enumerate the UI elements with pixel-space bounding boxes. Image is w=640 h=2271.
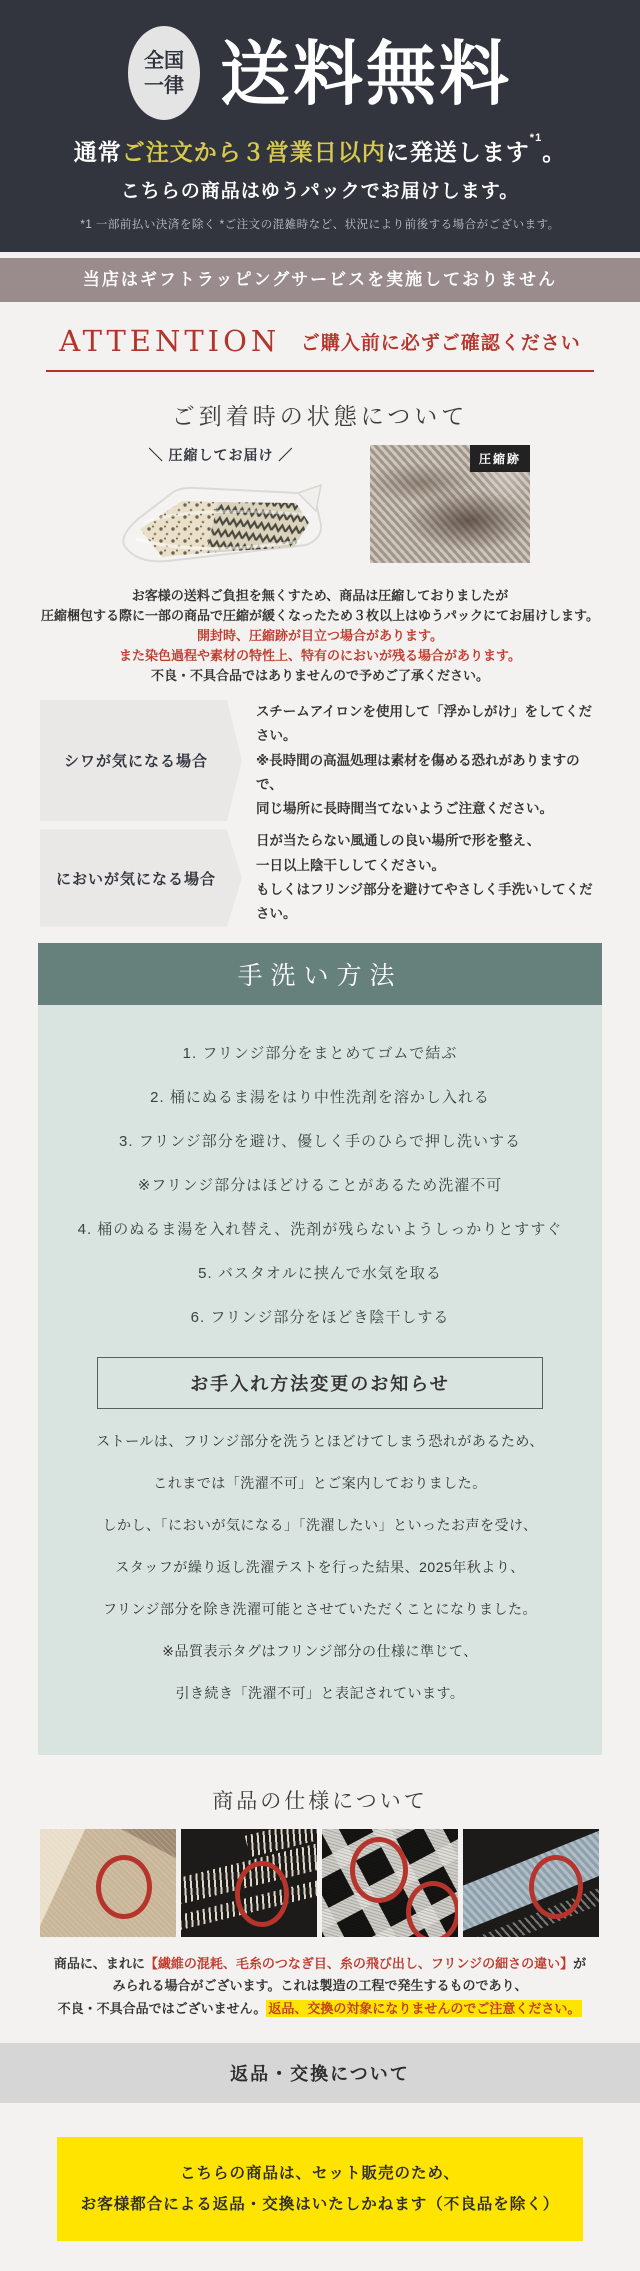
- compression-mark-badge: 圧縮跡: [470, 445, 530, 472]
- spec-caption: 商品に、まれに【繊維の混耗、毛糸のつなぎ目、糸の飛び出し、フリンジの細さの違い】…: [6, 1953, 634, 2021]
- arrival-note-line: 圧縮梱包する際に一部の商品で圧縮が緩くなったため３枚以上はゆうパックにてお届けし…: [0, 606, 640, 626]
- notice-line: これまでは「洗濯不可」とご案内しておりました。: [38, 1473, 602, 1493]
- returns-section-bar: 返品・交換について: [0, 2043, 640, 2103]
- tip-wrinkles: シワが気になる場合 スチームアイロンを使用して「浮かしがけ」をしてください。※長…: [40, 700, 600, 821]
- defect-circle-marker: [350, 1837, 408, 1903]
- spec-caption-line-2: みられる場合がございます。これは製造の工程で発生するものであり、: [6, 1975, 634, 1998]
- care-change-notice-text: ストールは、フリンジ部分を洗うとほどけてしまう恐れがあるため、これまでは「洗濯不…: [38, 1431, 602, 1703]
- tip-odor: においが気になる場合 日が当たらない風通しの良い場所で形を整え、一日以上陰干しし…: [40, 829, 600, 926]
- tip-odor-label: においが気になる場合: [40, 829, 242, 926]
- attention-jp-label: ご購入前に必ずご確認ください: [301, 333, 581, 354]
- badge-line-1: 全国: [144, 48, 184, 73]
- handwash-step: ※フリンジ部分はほどけることがあるため洗濯不可: [38, 1174, 602, 1195]
- free-shipping-hero: 全国 一律 送料無料 通常ご注文から３営業日以内に発送します*1。 こちらの商品…: [0, 0, 640, 252]
- returns-policy-line: こちらの商品は、セット販売のため、: [57, 2158, 583, 2189]
- fabric-swatch-beige: [40, 1829, 176, 1937]
- tip-line: もしくはフリンジ部分を避けてやさしく手洗いしてください。: [256, 878, 600, 927]
- attention-en-label: ATTENTION: [59, 324, 280, 358]
- handwash-body: 1. フリンジ部分をまとめてゴムで結ぶ2. 桶にぬるま湯をはり中性洗剤を溶かし入…: [38, 1005, 602, 1755]
- defect-circle-marker: [529, 1855, 583, 1919]
- free-shipping-title: 送料無料: [220, 28, 512, 119]
- arrival-note-line: また染色過程や素材の特性上、特有のにおいが残る場合があります。: [0, 646, 640, 666]
- returns-policy-box: こちらの商品は、セット販売のため、お客様都合による返品・交換はいたしかねます（不…: [57, 2137, 583, 2241]
- spec-caption-line-1: 商品に、まれに【繊維の混耗、毛糸のつなぎ目、糸の飛び出し、フリンジの細さの違い】…: [6, 1953, 634, 1976]
- handwash-step: 2. 桶にぬるま湯をはり中性洗剤を溶かし入れる: [38, 1086, 602, 1107]
- spec-caption-line-3: 不良・不具合品ではございません。返品、交換の対象になりませんのでご注意ください。: [6, 1998, 634, 2021]
- arrival-condition-heading: ご到着時の状態について: [0, 398, 640, 431]
- defect-circle-marker: [96, 1855, 152, 1919]
- returns-policy-line: お客様都合による返品・交換はいたしかねます（不良品を除く）: [57, 2189, 583, 2220]
- spec-caption-line-3-pre: 不良・不具合品ではございません。: [58, 2001, 267, 2016]
- arrival-note-line: お客様の送料ご負担を無くすため、商品は圧縮しておりましたが: [0, 586, 640, 606]
- handwash-section: 手洗い方法 1. フリンジ部分をまとめてゴムで結ぶ2. 桶にぬるま湯をはり中性洗…: [38, 943, 602, 1755]
- page-bottom-spacer: [0, 2241, 640, 2271]
- ship-period: 。: [542, 139, 566, 165]
- notice-line: スタッフが繰り返し洗濯テストを行った結果、2025年秋より、: [38, 1557, 602, 1577]
- tip-line: 日が当たらない風通しの良い場所で形を整え、: [256, 829, 600, 853]
- defect-circle-marker: [235, 1861, 289, 1927]
- handwash-step: 3. フリンジ部分を避け、優しく手のひらで押し洗いする: [38, 1130, 602, 1151]
- tip-line: 同じ場所に長時間当てないようご注意ください。: [256, 797, 600, 821]
- spec-caption-pre: 商品に、まれに: [54, 1956, 145, 1971]
- notice-line: ストールは、フリンジ部分を洗うとほどけてしまう恐れがあるため、: [38, 1431, 602, 1451]
- no-gift-wrapping-bar: 当店はギフトラッピングサービスを実施しておりません: [0, 258, 640, 302]
- ship-highlight-text: ご注文から３営業日以内: [122, 139, 386, 165]
- tip-wrinkles-label: シワが気になる場合: [40, 700, 242, 821]
- shipping-lead-time-line: 通常ご注文から３営業日以内に発送します*1。: [0, 134, 640, 167]
- nationwide-flat-rate-badge: 全国 一律: [128, 26, 200, 120]
- tip-line: 一日以上陰干ししてください。: [256, 854, 600, 878]
- hero-footnote: *1 一部前払い決済を除く *ご注文の混雑時など、状況により前後する場合がござい…: [0, 216, 640, 232]
- hero-title-row: 全国 一律 送料無料: [0, 26, 640, 120]
- notice-line: しかし、「においが気になる」「洗濯したい」といったお声を受け、: [38, 1515, 602, 1535]
- ship-post-text: に発送します: [386, 139, 530, 165]
- spec-caption-post: が: [573, 1956, 586, 1971]
- product-spec-heading: 商品の仕様について: [0, 1785, 640, 1815]
- handwash-step: 1. フリンジ部分をまとめてゴムで結ぶ: [38, 1042, 602, 1063]
- fabric-swatch-row: [40, 1829, 600, 1937]
- compressed-package-figure: ＼ 圧縮してお届け ／: [110, 445, 332, 570]
- fabric-swatch-check: [322, 1829, 458, 1937]
- tip-line: スチームアイロンを使用して「浮かしがけ」をしてください。: [256, 700, 600, 749]
- arrival-notes: お客様の送料ご負担を無くすため、商品は圧縮しておりましたが圧縮梱包する際に一部の…: [0, 586, 640, 686]
- arrival-note-line: 不良・不具合品ではありませんので予めご了承ください。: [0, 666, 640, 686]
- care-change-notice-box: お手入れ方法変更のお知らせ: [97, 1357, 543, 1409]
- compressed-package-illustration: [110, 465, 332, 565]
- compression-mark-photo: 圧縮跡: [370, 445, 530, 563]
- delivery-method-line: こちらの商品はゆうパックでお届けします。: [0, 176, 640, 203]
- tip-odor-body: 日が当たらない風通しの良い場所で形を整え、一日以上陰干ししてください。もしくはフ…: [256, 829, 600, 926]
- compressed-delivery-label: ＼ 圧縮してお届け ／: [110, 445, 332, 465]
- fabric-swatch-black-stripe: [181, 1829, 317, 1937]
- care-tips: シワが気になる場合 スチームアイロンを使用して「浮かしがけ」をしてください。※長…: [40, 700, 600, 927]
- ship-pre-text: 通常: [74, 139, 122, 165]
- notice-line: 引き続き「洗濯不可」と表記されています。: [38, 1683, 602, 1703]
- arrival-figures: ＼ 圧縮してお届け ／ 圧縮跡: [40, 445, 600, 570]
- fabric-swatch-dark-plaid: [463, 1829, 599, 1937]
- defect-circle-marker: [406, 1881, 458, 1937]
- tip-wrinkles-body: スチームアイロンを使用して「浮かしがけ」をしてください。※長時間の高温処理は素材…: [256, 700, 600, 821]
- handwash-step: 4. 桶のぬるま湯を入れ替え、洗剤が残らないようしっかりとすすぐ: [38, 1218, 602, 1239]
- arrival-note-line: 開封時、圧縮跡が目立つ場合があります。: [0, 626, 640, 646]
- ship-footnote-marker: *1: [530, 132, 542, 144]
- handwash-header: 手洗い方法: [38, 943, 602, 1005]
- spec-caption-defect-list: 【繊維の混耗、毛糸のつなぎ目、糸の飛び出し、フリンジの細さの違い】: [145, 1956, 573, 1971]
- badge-line-2: 一律: [144, 73, 184, 98]
- handwash-steps: 1. フリンジ部分をまとめてゴムで結ぶ2. 桶にぬるま湯をはり中性洗剤を溶かし入…: [38, 1042, 602, 1327]
- handwash-step: 6. フリンジ部分をほどき陰干しする: [38, 1306, 602, 1327]
- notice-line: フリンジ部分を除き洗濯可能とさせていただくことになりました。: [38, 1599, 602, 1619]
- notice-line: ※品質表示タグはフリンジ部分の仕様に準じて、: [38, 1641, 602, 1661]
- spec-caption-no-return-highlight: 返品、交換の対象になりませんのでご注意ください。: [266, 2000, 582, 2017]
- attention-heading: ATTENTION ご購入前に必ずご確認ください: [46, 324, 594, 372]
- handwash-step: 5. バスタオルに挟んで水気を取る: [38, 1262, 602, 1283]
- tip-line: ※長時間の高温処理は素材を傷める恐れがありますので、: [256, 749, 600, 798]
